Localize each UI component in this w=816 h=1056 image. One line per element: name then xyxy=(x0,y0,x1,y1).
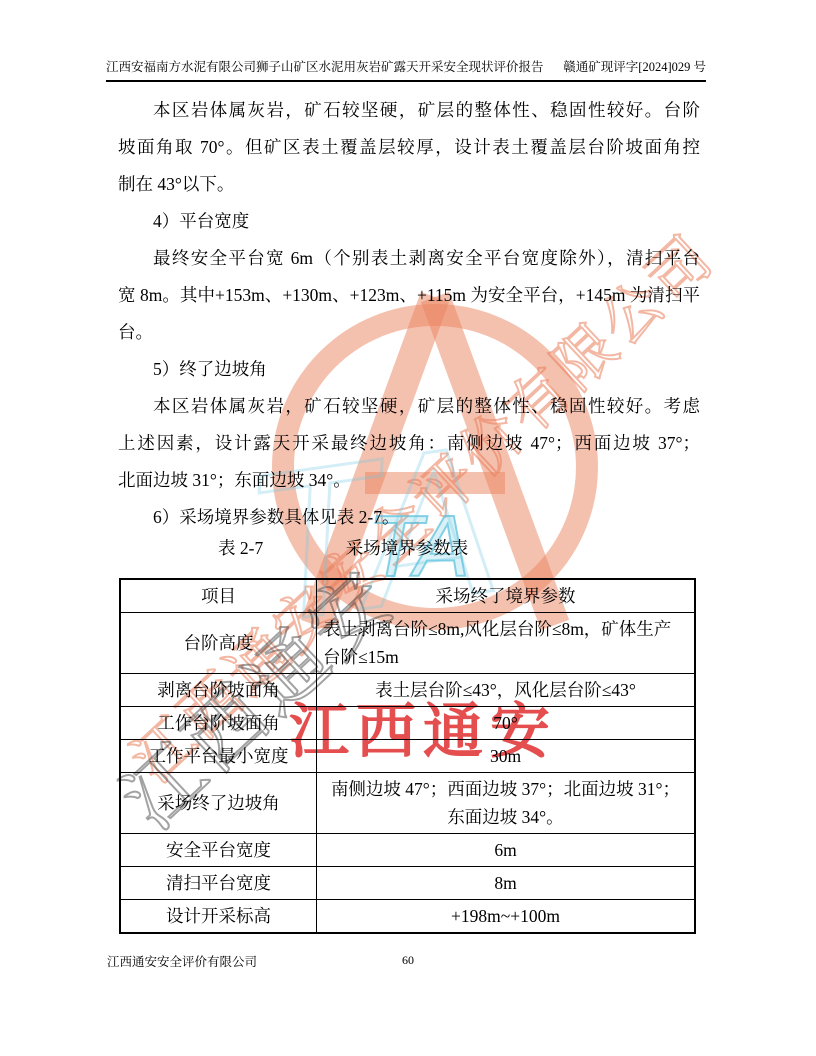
body-line: 本区岩体属灰岩，矿石较坚硬，矿层的整体性、稳固性较好。考虑 xyxy=(118,388,700,425)
footer-page-number: 60 xyxy=(0,953,816,968)
document-page: 江西安福南方水泥有限公司狮子山矿区水泥用灰岩矿露天开采安全现状评价报告 赣通矿现… xyxy=(0,0,816,1056)
table-row-label: 剥离台阶坡面角 xyxy=(121,674,317,706)
table-row: 工作台阶坡面角70° xyxy=(121,707,694,740)
table-row: 设计开采标高+198m~+100m xyxy=(121,900,694,932)
body-line: 宽 8m。其中+153m、+130m、+123m、+115m 为安全平台，+14… xyxy=(118,277,700,314)
body-line: 上述因素，设计露天开采最终边坡角：南侧边坡 47°；西面边坡 37°； xyxy=(118,425,700,462)
table-row-label: 清扫平台宽度 xyxy=(121,867,317,899)
table-row-label: 工作台阶坡面角 xyxy=(121,707,317,739)
body-line: 4）平台宽度 xyxy=(118,203,700,240)
table-row-label: 采场终了边坡角 xyxy=(121,773,317,833)
body-line: 5）终了边坡角 xyxy=(118,351,700,388)
body-line: 坡面角取 70°。但矿区表土覆盖层较厚，设计表土覆盖层台阶坡面角控 xyxy=(118,129,700,166)
table-row: 工作平台最小宽度30m xyxy=(121,740,694,773)
table-row-value: 表土层台阶≤43°，风化层台阶≤43° xyxy=(317,674,694,706)
table-row-value: 70° xyxy=(317,707,694,739)
table-row-value: 30m xyxy=(317,740,694,772)
table-row-value: 南侧边坡 47°；西面边坡 37°；北面边坡 31°；东面边坡 34°。 xyxy=(317,773,694,833)
table-header-row: 项目 采场终了境界参数 xyxy=(121,580,694,613)
parameter-table: 项目 采场终了境界参数 台阶高度表土剥离台阶≤8m,风化层台阶≤8m，矿体生产台… xyxy=(119,578,696,934)
header-doc-number: 赣通矿现评字[2024]029 号 xyxy=(563,57,706,75)
table-row-value: +198m~+100m xyxy=(317,900,694,932)
table-row: 采场终了边坡角南侧边坡 47°；西面边坡 37°；北面边坡 31°；东面边坡 3… xyxy=(121,773,694,834)
table-caption-number: 表 2-7 xyxy=(218,530,263,567)
table-row-label: 台阶高度 xyxy=(121,613,317,673)
table-row-value: 表土剥离台阶≤8m,风化层台阶≤8m，矿体生产台阶≤15m xyxy=(317,613,694,673)
table-row-label: 安全平台宽度 xyxy=(121,834,317,866)
table-caption-title: 采场境界参数表 xyxy=(346,538,469,558)
body-line: 北面边坡 31°；东面边坡 34°。 xyxy=(118,462,700,499)
header-title: 江西安福南方水泥有限公司狮子山矿区水泥用灰岩矿露天开采安全现状评价报告 xyxy=(106,57,544,75)
page-header: 江西安福南方水泥有限公司狮子山矿区水泥用灰岩矿露天开采安全现状评价报告 赣通矿现… xyxy=(106,57,706,82)
body-text: 本区岩体属灰岩，矿石较坚硬，矿层的整体性、稳固性较好。台阶坡面角取 70°。但矿… xyxy=(118,92,700,536)
table-row-value: 8m xyxy=(317,867,694,899)
table-caption: 表 2-7 采场境界参数表 xyxy=(118,530,696,567)
body-line: 制在 43°以下。 xyxy=(118,166,700,203)
body-line: 台。 xyxy=(118,314,700,351)
table-row-value: 6m xyxy=(317,834,694,866)
table-header-col1: 项目 xyxy=(121,580,317,612)
table-row: 剥离台阶坡面角表土层台阶≤43°，风化层台阶≤43° xyxy=(121,674,694,707)
table-row: 台阶高度表土剥离台阶≤8m,风化层台阶≤8m，矿体生产台阶≤15m xyxy=(121,613,694,674)
table-header-col2: 采场终了境界参数 xyxy=(317,580,694,612)
body-line: 本区岩体属灰岩，矿石较坚硬，矿层的整体性、稳固性较好。台阶 xyxy=(118,92,700,129)
body-line: 最终安全平台宽 6m（个别表土剥离安全平台宽度除外），清扫平台 xyxy=(118,240,700,277)
table-row-label: 设计开采标高 xyxy=(121,900,317,932)
table-row-label: 工作平台最小宽度 xyxy=(121,740,317,772)
table-row: 清扫平台宽度8m xyxy=(121,867,694,900)
table-row: 安全平台宽度6m xyxy=(121,834,694,867)
table-body: 台阶高度表土剥离台阶≤8m,风化层台阶≤8m，矿体生产台阶≤15m剥离台阶坡面角… xyxy=(121,613,694,932)
